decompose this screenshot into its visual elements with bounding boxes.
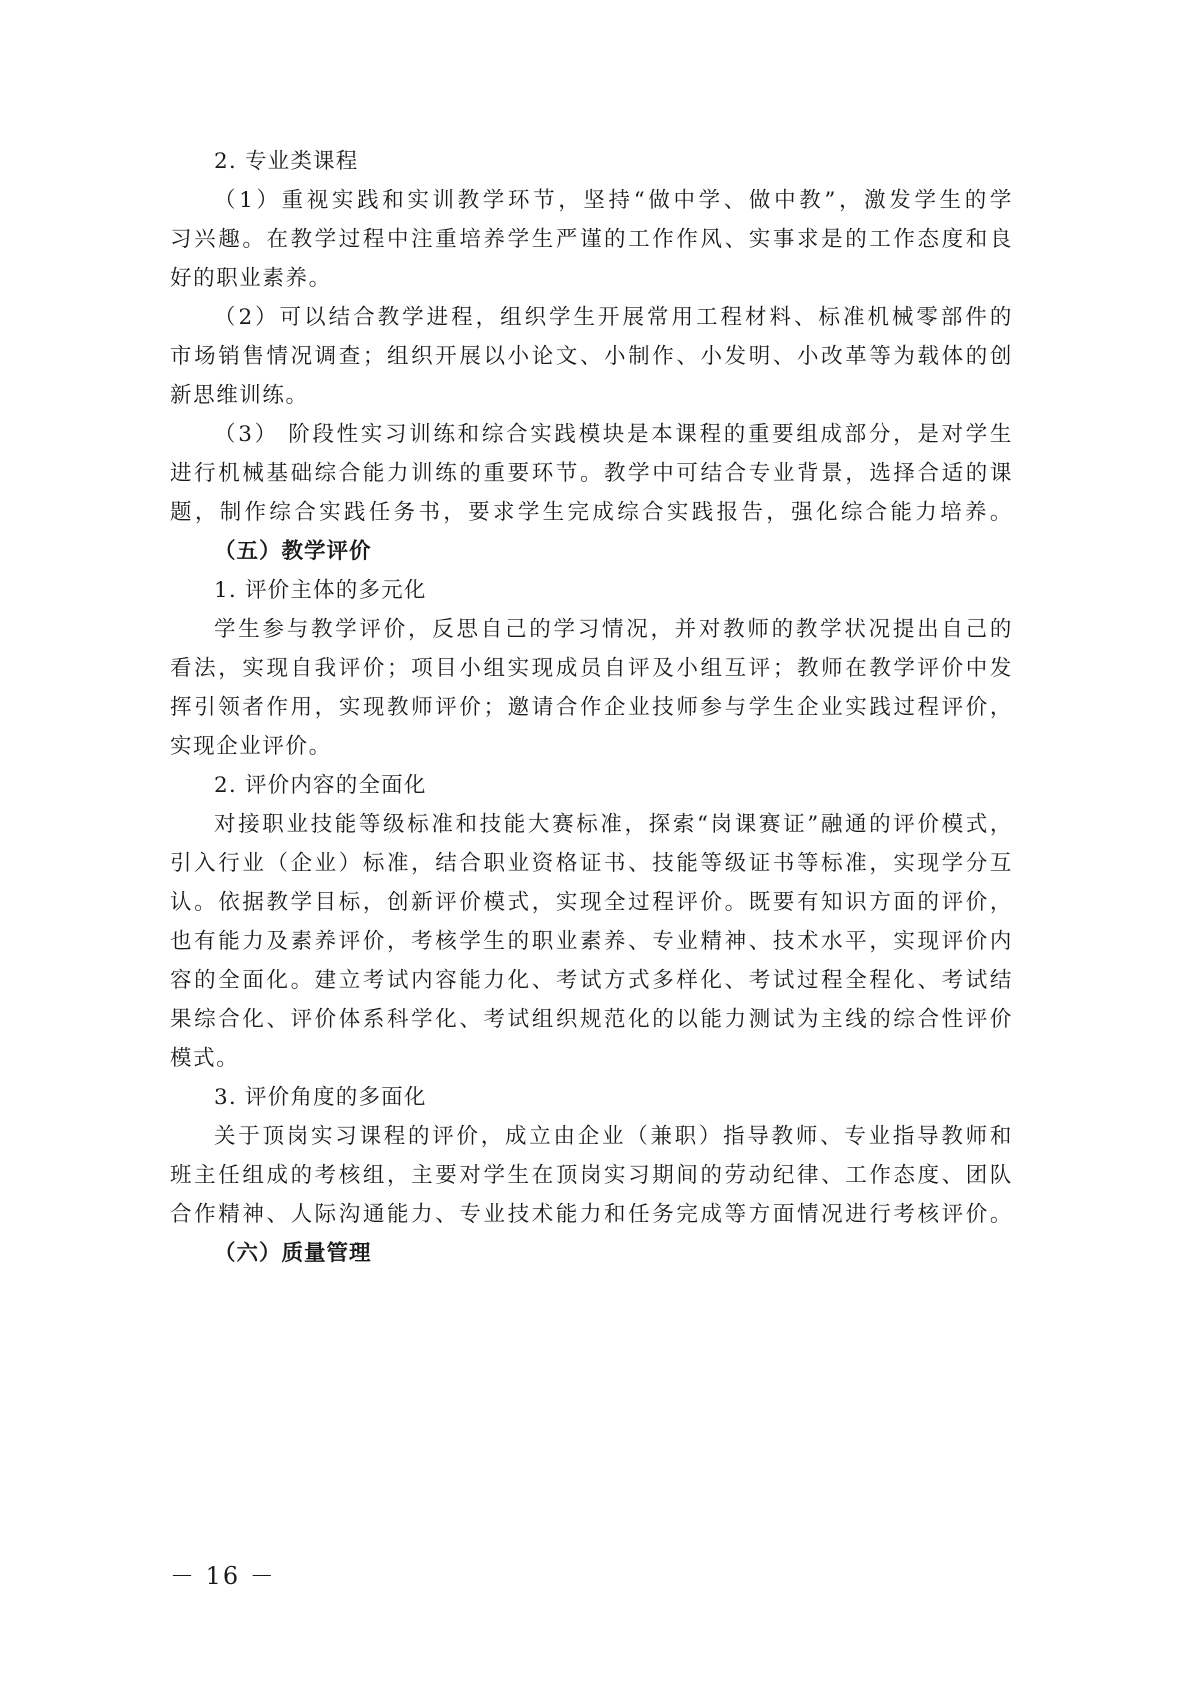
text-line: 对接职业技能等级标准和技能大赛标准，探索“岗课赛证”融通的评价模式， (170, 805, 1013, 844)
subheading-evaluation-content: 2. 评价内容的全面化 (170, 766, 1013, 805)
paragraph-evaluation-subjects: 学生参与教学评价，反思自己的学习情况，并对教师的教学状况提出自己的 看法，实现自… (170, 610, 1013, 766)
text-line: 好的职业素养。 (170, 259, 1013, 298)
paragraph-evaluation-content: 对接职业技能等级标准和技能大赛标准，探索“岗课赛证”融通的评价模式， 引入行业（… (170, 805, 1013, 1078)
text-line: 挥引领者作用，实现教师评价；邀请合作企业技师参与学生企业实践过程评价， (170, 688, 1013, 727)
paragraph-practice-teaching: （1）重视实践和实训教学环节，坚持“做中学、做中教”，激发学生的学 习兴趣。在教… (170, 181, 1013, 298)
text-line: 认。依据教学目标，创新评价模式，实现全过程评价。既要有知识方面的评价， (170, 883, 1013, 922)
paragraph-internship-evaluation: 关于顶岗实习课程的评价，成立由企业（兼职）指导教师、专业指导教师和 班主任组成的… (170, 1117, 1013, 1234)
text-line: （2）可以结合教学进程，组织学生开展常用工程材料、标准机械零部件的 (170, 298, 1013, 337)
document-page: 2. 专业类课程 （1）重视实践和实训教学环节，坚持“做中学、做中教”，激发学生… (170, 142, 1013, 1273)
text-line: 关于顶岗实习课程的评价，成立由企业（兼职）指导教师、专业指导教师和 (170, 1117, 1013, 1156)
subheading-evaluation-subjects: 1. 评价主体的多元化 (170, 571, 1013, 610)
text-line: 看法，实现自我评价；项目小组实现成员自评及小组互评；教师在教学评价中发 (170, 649, 1013, 688)
paragraph-market-survey: （2）可以结合教学进程，组织学生开展常用工程材料、标准机械零部件的 市场销售情况… (170, 298, 1013, 415)
text-line: 市场销售情况调查；组织开展以小论文、小制作、小发明、小改革等为载体的创 (170, 337, 1013, 376)
subheading-professional-courses: 2. 专业类课程 (170, 142, 1013, 181)
text-line: 学生参与教学评价，反思自己的学习情况，并对教师的教学状况提出自己的 (170, 610, 1013, 649)
page-number: － 16 － (170, 1556, 276, 1591)
text-line: 新思维训练。 (170, 376, 1013, 415)
section-heading-quality-management: （六）质量管理 (170, 1234, 1013, 1273)
text-line: 实现企业评价。 (170, 727, 1013, 766)
subheading-evaluation-perspectives: 3. 评价角度的多面化 (170, 1078, 1013, 1117)
text-line: 合作精神、人际沟通能力、专业技术能力和任务完成等方面情况进行考核评价。 (170, 1195, 1013, 1234)
text-line: 进行机械基础综合能力训练的重要环节。教学中可结合专业背景，选择合适的课 (170, 454, 1013, 493)
text-line: 题，制作综合实践任务书，要求学生完成综合实践报告，强化综合能力培养。 (170, 493, 1013, 532)
text-line: 果综合化、评价体系科学化、考试组织规范化的以能力测试为主线的综合性评价 (170, 1000, 1013, 1039)
text-line: 容的全面化。建立考试内容能力化、考试方式多样化、考试过程全程化、考试结 (170, 961, 1013, 1000)
section-heading-teaching-evaluation: （五）教学评价 (170, 532, 1013, 571)
text-line: 也有能力及素养评价，考核学生的职业素养、专业精神、技术水平，实现评价内 (170, 922, 1013, 961)
text-line: 模式。 (170, 1039, 1013, 1078)
text-line: （3） 阶段性实习训练和综合实践模块是本课程的重要组成部分，是对学生 (170, 415, 1013, 454)
paragraph-comprehensive-practice: （3） 阶段性实习训练和综合实践模块是本课程的重要组成部分，是对学生 进行机械基… (170, 415, 1013, 532)
text-line: （1）重视实践和实训教学环节，坚持“做中学、做中教”，激发学生的学 (170, 181, 1013, 220)
text-line: 习兴趣。在教学过程中注重培养学生严谨的工作作风、实事求是的工作态度和良 (170, 220, 1013, 259)
text-line: 引入行业（企业）标准，结合职业资格证书、技能等级证书等标准，实现学分互 (170, 844, 1013, 883)
text-line: 班主任组成的考核组，主要对学生在顶岗实习期间的劳动纪律、工作态度、团队 (170, 1156, 1013, 1195)
